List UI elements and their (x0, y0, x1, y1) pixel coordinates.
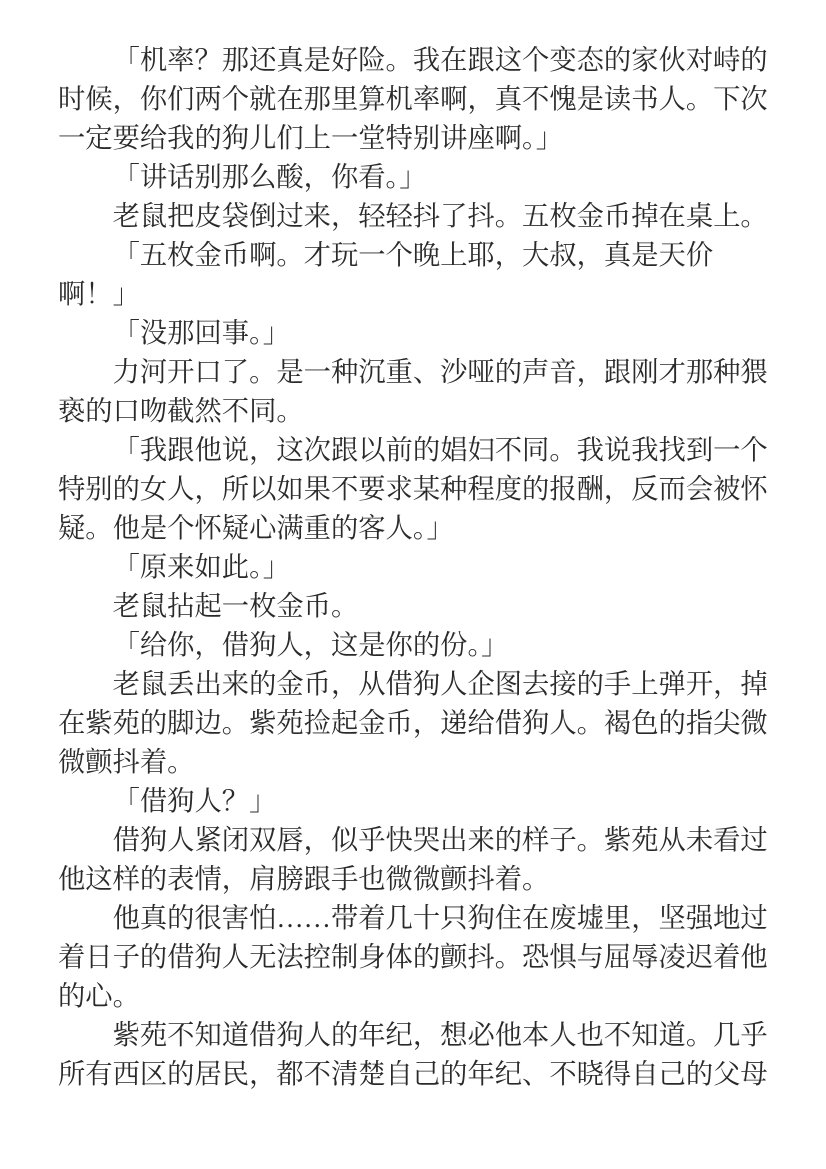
text-line: 在紫苑的脚边。紫苑捡起金币，递给借狗人。褐色的指尖微 (58, 704, 768, 743)
text-line: 时候，你们两个就在那里算机率啊，真不愧是读书人。下次 (58, 80, 768, 119)
text-line: 疑。他是个怀疑心满重的客人。」 (58, 509, 768, 548)
text-line-first: 老鼠把皮袋倒过来，轻轻抖了抖。五枚金币掉在桌上。 (58, 197, 768, 236)
text-line: 的心。 (58, 977, 768, 1016)
paragraph: 力河开口了。是一种沉重、沙哑的声音，跟刚才那种猥亵的口吻截然不同。 (58, 353, 768, 431)
paragraph: 老鼠丢出来的金币，从借狗人企图去接的手上弹开，掉在紫苑的脚边。紫苑捡起金币，递给… (58, 665, 768, 782)
text-line-first: 「讲话别那么酸，你看。」 (58, 158, 768, 197)
text-line-first: 「给你，借狗人，这是你的份。」 (58, 626, 768, 665)
paragraph: 他真的很害怕……带着几十只狗住在废墟里，坚强地过着日子的借狗人无法控制身体的颤抖… (58, 899, 768, 1016)
text-line: 微颤抖着。 (58, 743, 768, 782)
paragraph: 「给你，借狗人，这是你的份。」 (58, 626, 768, 665)
text-line: 着日子的借狗人无法控制身体的颤抖。恐惧与屈辱凌迟着他 (58, 938, 768, 977)
paragraph: 老鼠把皮袋倒过来，轻轻抖了抖。五枚金币掉在桌上。 (58, 197, 768, 236)
paragraph: 「没那回事。」 (58, 314, 768, 353)
text-line: 亵的口吻截然不同。 (58, 392, 768, 431)
paragraph: 借狗人紧闭双唇，似乎快哭出来的样子。紫苑从未看过他这样的表情，肩膀跟手也微微颤抖… (58, 821, 768, 899)
text-line: 一定要给我的狗儿们上一堂特别讲座啊。」 (58, 119, 768, 158)
text-line-first: 「我跟他说，这次跟以前的娼妇不同。我说我找到一个 (58, 431, 768, 470)
text-line-first: 借狗人紧闭双唇，似乎快哭出来的样子。紫苑从未看过 (58, 821, 768, 860)
text-line-first: 力河开口了。是一种沉重、沙哑的声音，跟刚才那种猥 (58, 353, 768, 392)
paragraph: 老鼠拈起一枚金币。 (58, 587, 768, 626)
paragraph: 「五枚金币啊。才玩一个晚上耶，大叔，真是天价啊！」 (58, 236, 768, 314)
book-page: 「机率？那还真是好险。我在跟这个变态的家伙对峙的时候，你们两个就在那里算机率啊，… (0, 0, 826, 1169)
paragraph: 紫苑不知道借狗人的年纪，想必他本人也不知道。几乎所有西区的居民，都不清楚自己的年… (58, 1016, 768, 1094)
text-line-first: 「五枚金币啊。才玩一个晚上耶，大叔，真是天价 (58, 236, 768, 275)
text-line-first: 老鼠拈起一枚金币。 (58, 587, 768, 626)
text-line: 啊！」 (58, 275, 768, 314)
text-line-first: 「没那回事。」 (58, 314, 768, 353)
paragraph: 「我跟他说，这次跟以前的娼妇不同。我说我找到一个特别的女人，所以如果不要求某种程… (58, 431, 768, 548)
text-line: 特别的女人，所以如果不要求某种程度的报酬，反而会被怀 (58, 470, 768, 509)
text-line: 所有西区的居民，都不清楚自己的年纪、不晓得自己的父母 (58, 1055, 768, 1094)
text-line-first: 「机率？那还真是好险。我在跟这个变态的家伙对峙的 (58, 41, 768, 80)
text-line-first: 他真的很害怕……带着几十只狗住在废墟里，坚强地过 (58, 899, 768, 938)
text-line-first: 紫苑不知道借狗人的年纪，想必他本人也不知道。几乎 (58, 1016, 768, 1055)
text-line: 他这样的表情，肩膀跟手也微微颤抖着。 (58, 860, 768, 899)
text-line-first: 老鼠丢出来的金币，从借狗人企图去接的手上弹开，掉 (58, 665, 768, 704)
paragraph: 「机率？那还真是好险。我在跟这个变态的家伙对峙的时候，你们两个就在那里算机率啊，… (58, 41, 768, 158)
text-line-first: 「原来如此。」 (58, 548, 768, 587)
text-line-first: 「借狗人？」 (58, 782, 768, 821)
text-block: 「机率？那还真是好险。我在跟这个变态的家伙对峙的时候，你们两个就在那里算机率啊，… (58, 41, 768, 1094)
paragraph: 「讲话别那么酸，你看。」 (58, 158, 768, 197)
paragraph: 「原来如此。」 (58, 548, 768, 587)
paragraph: 「借狗人？」 (58, 782, 768, 821)
